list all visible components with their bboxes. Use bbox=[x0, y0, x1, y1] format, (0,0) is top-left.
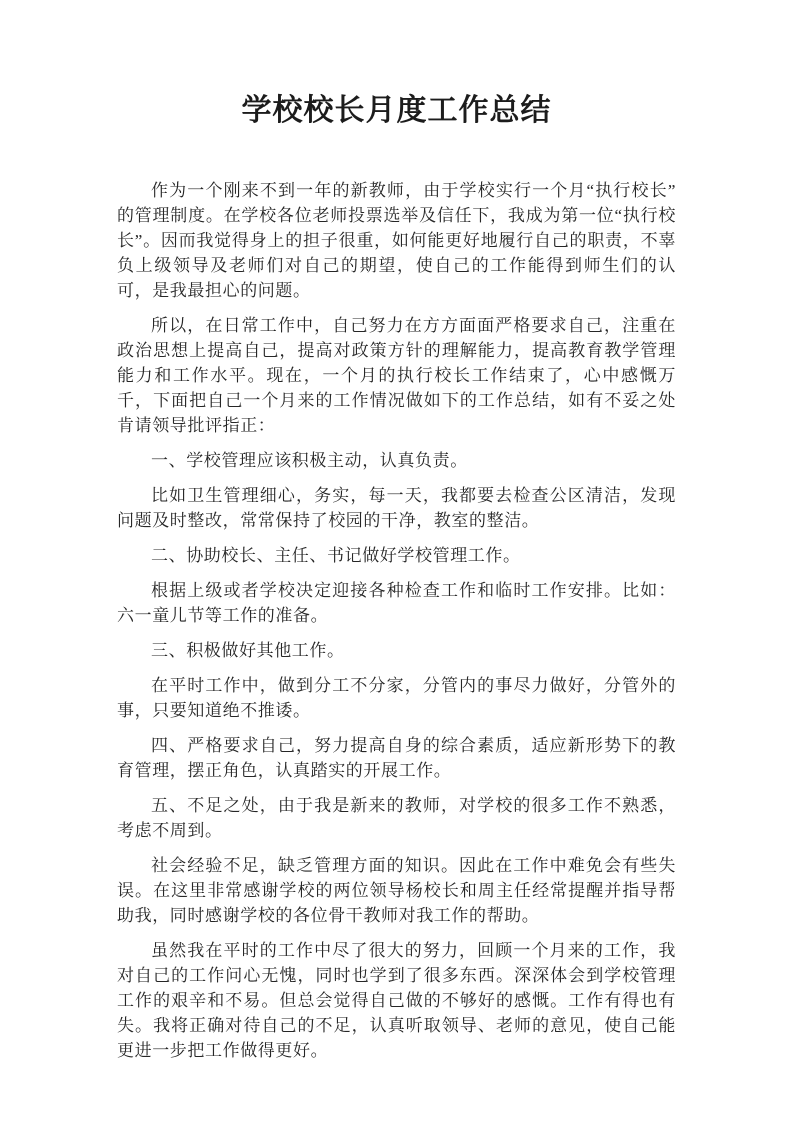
document-title: 学校校长月度工作总结 bbox=[0, 92, 793, 130]
section-heading: 二、协助校长、主任、书记做好学校管理工作。 bbox=[117, 543, 676, 568]
section-heading: 一、学校管理应该积极主动，认真负责。 bbox=[117, 448, 676, 473]
section-heading: 三、积极做好其他工作。 bbox=[117, 638, 676, 663]
section-heading: 四、严格要求自己，努力提高自身的综合素质，适应新形势下的教育管理，摆正角色，认真… bbox=[117, 733, 676, 783]
paragraph: 在平时工作中，做到分工不分家，分管内的事尽力做好，分管外的事，只要知道绝不推诿。 bbox=[117, 673, 676, 723]
paragraph: 比如卫生管理细心，务实，每一天，我都要去检查公区清洁，发现问题及时整改，常常保持… bbox=[117, 483, 676, 533]
section-heading: 五、不足之处，由于我是新来的教师，对学校的很多工作不熟悉，考虑不周到。 bbox=[117, 793, 676, 843]
document-page: 学校校长月度工作总结 作为一个刚来不到一年的新教师，由于学校实行一个月“执行校长… bbox=[0, 0, 793, 1122]
paragraph: 虽然我在平时的工作中尽了很大的努力，回顾一个月来的工作，我对自己的工作问心无愧，… bbox=[117, 938, 676, 1063]
document-body: 作为一个刚来不到一年的新教师，由于学校实行一个月“执行校长”的管理制度。在学校各… bbox=[117, 178, 676, 1063]
paragraph: 作为一个刚来不到一年的新教师，由于学校实行一个月“执行校长”的管理制度。在学校各… bbox=[117, 178, 676, 303]
paragraph: 所以，在日常工作中，自己努力在方方面面严格要求自己，注重在政治思想上提高自己，提… bbox=[117, 313, 676, 438]
paragraph: 社会经验不足，缺乏管理方面的知识。因此在工作中难免会有些失误。在这里非常感谢学校… bbox=[117, 853, 676, 928]
paragraph: 根据上级或者学校决定迎接各种检查工作和临时工作安排。比如：六一童儿节等工作的准备… bbox=[117, 578, 676, 628]
